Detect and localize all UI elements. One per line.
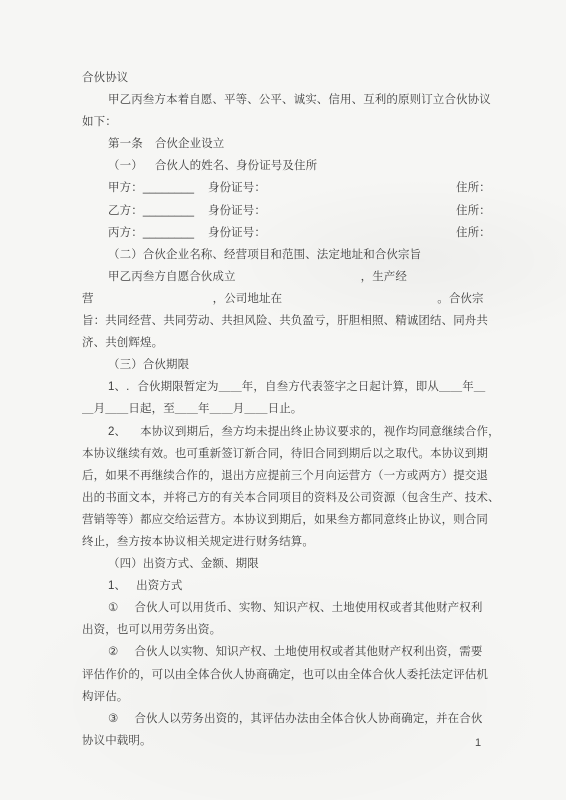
text-run: 合伙人以劳务出资的，其评估办法由全体合伙人协商确定，并在合伙 (134, 713, 482, 725)
text-run: 终止，叁方按本协议相关规定进行财务结算。 (82, 536, 314, 548)
document-line: 甲乙丙叁方本着自愿、平等、公平、诚实、信用、互利的原则订立合伙协议 (82, 89, 486, 111)
document-line: （三）合伙期限 (82, 354, 486, 376)
text-run: 住所： (456, 182, 491, 194)
screenshot-root: { "page": { "background_color": "#f6f6f4… (0, 0, 566, 800)
text-run: 丙方： (108, 227, 143, 239)
text-run: 2、 (108, 426, 126, 438)
text-run: 本协议继续有效。也可重新签订新合同，待旧合同到期后以之取代。本协议到期 (82, 448, 488, 460)
text-run: 合伙人可以用货币、实物、知识产权、土地使用权或者其他财产权利 (134, 602, 482, 614)
text-run: 构评估。 (82, 691, 128, 703)
text-run: 合伙人以实物、知识产权、土地使用权或者其他财产权利出资，需要 (134, 646, 482, 658)
text-run: 第一条 (108, 138, 143, 150)
document-line: ②合伙人以实物、知识产权、土地使用权或者其他财产权利出资，需要 (82, 641, 486, 663)
text-run: （二）合伙企业名称、经营项目和范围、法定地址和合伙宗旨 (108, 249, 421, 261)
text-run: 身份证号： (208, 227, 266, 239)
document-line: 甲乙丙叁方自愿合伙成立，生产经 (82, 266, 486, 288)
fill-in-blank-space (194, 213, 208, 214)
document-lines: 合伙协议甲乙丙叁方本着自愿、平等、公平、诚实、信用、互利的原则订立合伙协议如下：… (82, 67, 486, 752)
text-run: 评估作价的，可以由全体合伙人协商确定，也可以由全体合伙人委托法定评估机 (82, 669, 488, 681)
text-run: 身份证号： (208, 205, 266, 217)
text-run: （一） (108, 160, 143, 172)
blank-underline: ________ (143, 205, 194, 217)
text-run: ＿月＿＿日起，至＿＿年＿＿月＿＿日止。 (82, 403, 302, 415)
document-line: （二）合伙企业名称、经营项目和范围、法定地址和合伙宗旨 (82, 244, 486, 266)
fill-in-blank-space (266, 213, 456, 214)
blank-underline: ________ (143, 227, 194, 239)
fill-in-blank-space (126, 434, 140, 435)
document-line: 2、本协议到期后，叁方均未提出终止协议要求的，视作均同意继续合作， (82, 421, 486, 443)
blank-underline: ________ (143, 182, 194, 194)
fill-in-blank-space (282, 301, 437, 302)
document-line: 济、共创辉煌。 (82, 332, 486, 354)
document-line: 甲方：________身份证号：住所： (82, 177, 486, 199)
text-run: ，公司地址在 (213, 293, 283, 305)
fill-in-blank-space (266, 190, 456, 191)
text-run: 如下： (82, 116, 117, 128)
fill-in-blank-space (118, 610, 134, 611)
document-line: 协议中载明。 (82, 730, 486, 752)
document-line: 旨：共同经营、共同劳动、共担风险、共负盈亏，肝胆相照、精诚团结、同舟共 (82, 310, 486, 332)
text-run: 合伙期限暂定为＿＿年，自叁方代表签字之日起计算，即从＿＿年＿ (137, 381, 485, 393)
text-run: （三）合伙期限 (108, 359, 189, 371)
text-run: 1、 (108, 580, 126, 592)
document-line: 乙方：________身份证号：住所： (82, 200, 486, 222)
text-run: ③ (108, 713, 118, 725)
text-run: 住所： (456, 205, 491, 217)
text-run: 出资，也可以用劳务出资。 (82, 624, 221, 636)
text-run: 身份证号： (208, 182, 266, 194)
document-line: （四）出资方式、金额、期限 (82, 553, 486, 575)
page-number: 1 (475, 737, 481, 749)
document-line: 构评估。 (82, 686, 486, 708)
text-run: ① (108, 602, 118, 614)
fill-in-blank-space (194, 235, 208, 236)
text-run: ② (108, 646, 118, 658)
document-line: ①合伙人可以用货币、实物、知识产权、土地使用权或者其他财产权利 (82, 597, 486, 619)
fill-in-blank-space (236, 279, 361, 280)
document-line: 1、出资方式 (82, 575, 486, 597)
text-run: 济、共创辉煌。 (82, 337, 163, 349)
fill-in-blank-space (194, 190, 208, 191)
text-run: 合伙企业设立 (155, 138, 225, 150)
text-run: 住所： (456, 227, 491, 239)
document-line: （一）合伙人的姓名、身份证号及住所 (82, 155, 486, 177)
text-run: 出资方式 (136, 580, 182, 592)
text-run: 合伙人的姓名、身份证号及住所 (155, 160, 317, 172)
fill-in-blank-space (94, 301, 213, 302)
text-run: 后，如果不再继续合作的，退出方应提前三个月向运营方（一方或两方）提交退 (82, 470, 488, 482)
text-run: 营销等等）都应交给运营方。本协议到期后，如果叁方都同意终止协议，则合同 (82, 514, 488, 526)
document-line: 评估作价的，可以由全体合伙人协商确定，也可以由全体合伙人委托法定评估机 (82, 664, 486, 686)
document-page: 合伙协议甲乙丙叁方本着自愿、平等、公平、诚实、信用、互利的原则订立合伙协议如下：… (0, 0, 566, 800)
document-line: 出的书面文本，并将己方的有关本合同项目的资料及公司资源（包含生产、技术、 (82, 487, 486, 509)
text-run: 甲乙丙叁方本着自愿、平等、公平、诚实、信用、互利的原则订立合伙协议 (108, 94, 491, 106)
text-run: （四）出资方式、金额、期限 (108, 558, 259, 570)
document-line: 出资，也可以用劳务出资。 (82, 619, 486, 641)
document-line: 丙方：________身份证号：住所： (82, 222, 486, 244)
text-run: 甲乙丙叁方自愿合伙成立 (108, 271, 236, 283)
document-line: 1、.合伙期限暂定为＿＿年，自叁方代表签字之日起计算，即从＿＿年＿ (82, 376, 486, 398)
document-line: ③合伙人以劳务出资的，其评估办法由全体合伙人协商确定，并在合伙 (82, 708, 486, 730)
text-run: 乙方： (108, 205, 143, 217)
document-line: 终止，叁方按本协议相关规定进行财务结算。 (82, 531, 486, 553)
text-run: ，生产经 (361, 271, 407, 283)
document-line: 本协议继续有效。也可重新签订新合同，待旧合同到期后以之取代。本协议到期 (82, 443, 486, 465)
text-run: 1、. (108, 381, 129, 393)
text-run: 。合伙宗 (437, 293, 483, 305)
fill-in-blank-space (118, 721, 134, 722)
document-line: 第一条合伙企业设立 (82, 133, 486, 155)
text-run: 本协议到期后，叁方均未提出终止协议要求的，视作均同意继续合作， (140, 426, 500, 438)
text-run: 合伙协议 (82, 72, 128, 84)
fill-in-blank-space (126, 588, 136, 589)
document-line: 营销等等）都应交给运营方。本协议到期后，如果叁方都同意终止协议，则合同 (82, 509, 486, 531)
doc-title: 合伙协议 (82, 67, 486, 89)
text-run: 甲方： (108, 182, 143, 194)
document-line: ＿月＿＿日起，至＿＿年＿＿月＿＿日止。 (82, 398, 486, 420)
document-line: 如下： (82, 111, 486, 133)
text-run: 协议中载明。 (82, 735, 152, 747)
document-line: 营，公司地址在。合伙宗 (82, 288, 486, 310)
fill-in-blank-space (266, 235, 456, 236)
text-run: 出的书面文本，并将己方的有关本合同项目的资料及公司资源（包含生产、技术、 (82, 492, 500, 504)
fill-in-blank-space (143, 146, 155, 147)
text-run: 营 (82, 293, 94, 305)
fill-in-blank-space (118, 654, 134, 655)
fill-in-blank-space (143, 168, 155, 169)
text-run: 旨：共同经营、共同劳动、共担风险、共负盈亏，肝胆相照、精诚团结、同舟共 (82, 315, 488, 327)
document-line: 后，如果不再继续合作的，退出方应提前三个月向运营方（一方或两方）提交退 (82, 465, 486, 487)
